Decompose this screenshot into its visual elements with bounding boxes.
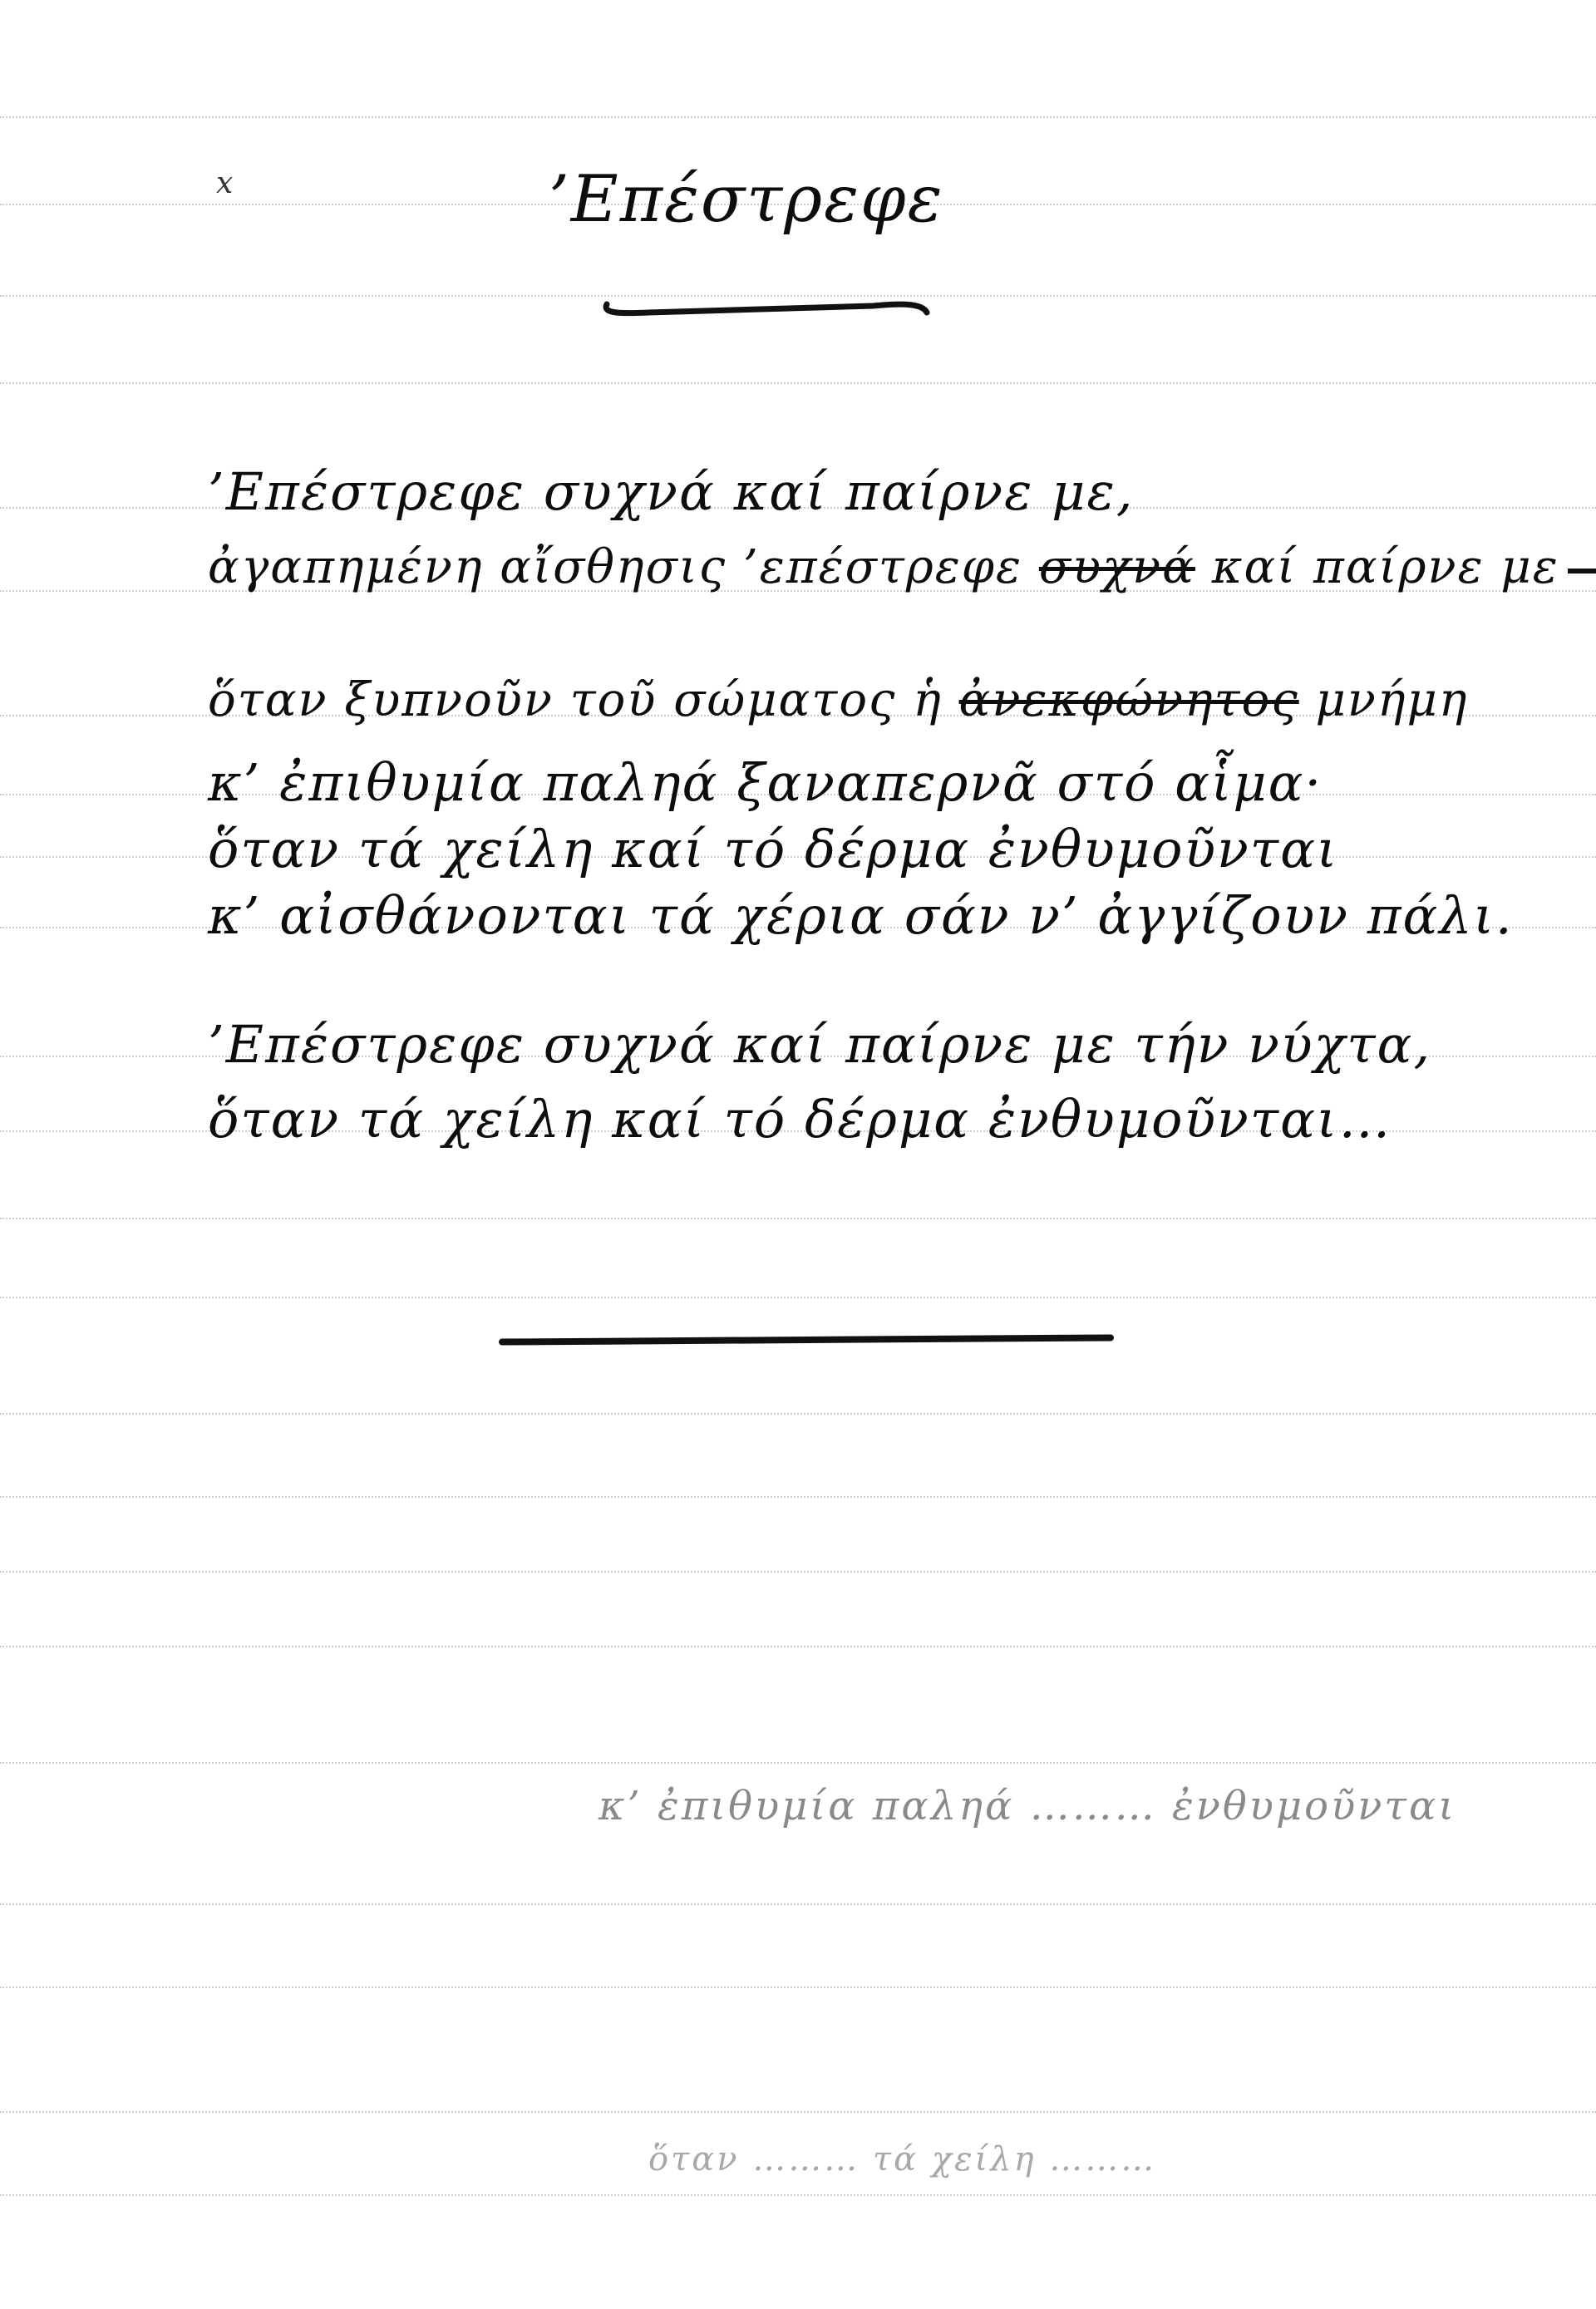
poem-line: κ’ ἐπιθυμία παληά ξαναπερνᾶ στό αἷμα·	[208, 752, 1323, 813]
paper-ruling	[0, 382, 1596, 384]
poem-line: ὅταν τά χείλη καί τό δέρμα ἐνθυμοῦνται	[208, 819, 1338, 879]
paper-ruling	[0, 1413, 1596, 1415]
paper-ruling	[0, 1762, 1596, 1764]
poem-line: ’Επέστρεφε συχνά καί παίρνε με,	[208, 461, 1134, 522]
struck-word: ἀνεκφώνητος	[959, 673, 1299, 727]
poem-line: ὅταν τά χείλη καί τό δέρμα ἐνθυμοῦνται…	[208, 1089, 1392, 1150]
margin-mark: x	[216, 166, 233, 200]
paper-ruling	[0, 1297, 1596, 1298]
poem-title: ’Επέστρεφε	[549, 162, 943, 237]
paper-ruling	[0, 1987, 1596, 1988]
faint-note: ὅταν ……… τά χείλη ………	[648, 2140, 1156, 2179]
paper-ruling	[0, 1646, 1596, 1647]
dash-mark	[1568, 569, 1596, 574]
end-rule-line	[499, 1334, 1114, 1345]
paper-ruling	[0, 1496, 1596, 1498]
poem-line: ὅταν ξυπνοῦν τοῦ σώματος ἡ ἀνεκφώνητος μ…	[208, 673, 1468, 727]
poem-line: ἀγαπημένη αἴσθησις ’επέστρεφε συχνά καί …	[208, 540, 1596, 594]
title-underline-flourish	[598, 293, 931, 318]
struck-word: συχνά	[1039, 540, 1195, 594]
paper-ruling	[0, 1218, 1596, 1219]
poem-line: κ’ αἰσθάνονται τά χέρια σάν ν’ ἀγγίζουν …	[208, 885, 1514, 946]
paper-ruling	[0, 2194, 1596, 2196]
faint-note: κ’ ἐπιθυμία παληά ……… ἐνθυμοῦνται	[598, 1783, 1456, 1829]
paper-ruling	[0, 2111, 1596, 2113]
poem-line: ’Επέστρεφε συχνά καί παίρνε με τήν νύχτα…	[208, 1014, 1431, 1075]
paper-ruling	[0, 1571, 1596, 1573]
paper-ruling	[0, 1903, 1596, 1905]
manuscript-page: x ’Επέστρεφε ’Επέστρεφε συχνά καί παίρνε…	[0, 0, 1596, 2309]
paper-ruling	[0, 116, 1596, 118]
